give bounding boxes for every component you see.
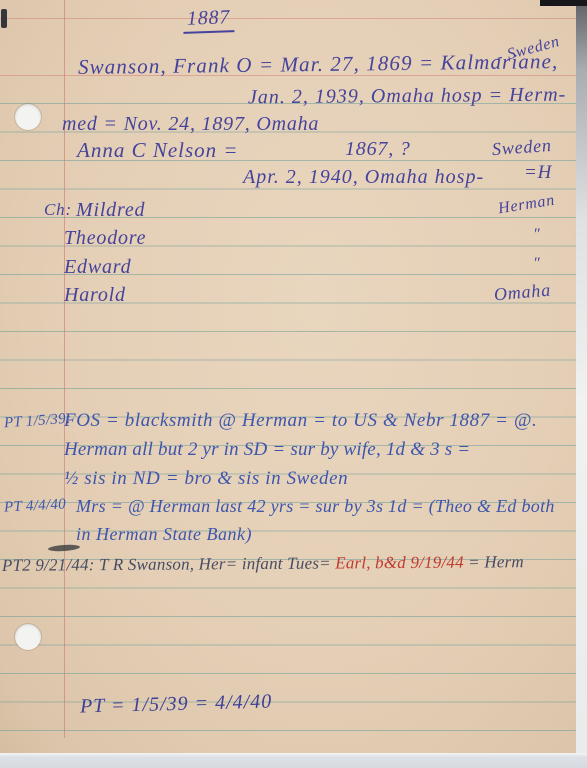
- scanner-edge-top: [540, 0, 587, 6]
- spouse-birth-year: 1867, ?: [345, 138, 411, 160]
- spouse-name: Anna C Nelson =: [77, 139, 239, 162]
- note-text: = Herm: [468, 552, 524, 571]
- marriage-line: med = Nov. 24, 1897, Omaha: [62, 113, 319, 135]
- note-line: Herman all but 2 yr in SD = sur by wife,…: [64, 440, 470, 461]
- note-highlight-red-ink: Earl, b&d 9/19/44: [335, 553, 464, 573]
- note-line: Mrs = @ Herman last 42 yrs = sur by 3s 1…: [76, 497, 555, 517]
- scanner-edge-right: [576, 0, 587, 753]
- child-name: Harold: [64, 284, 126, 306]
- year-heading: 1887: [183, 6, 235, 34]
- note-line-mixed-ink: PT2 9/21/44: T R Swanson, Her= infant Tu…: [2, 553, 524, 575]
- note-ref-date: PT 4/4/40: [4, 496, 67, 516]
- scanned-ledger-page: 1887 Swanson, Frank O = Mar. 27, 1869 = …: [0, 0, 587, 768]
- hole-punch-top: [15, 104, 41, 130]
- child-place-ditto: ″: [533, 255, 540, 273]
- child-name: Edward: [64, 256, 131, 278]
- top-red-rule: [0, 18, 576, 19]
- child-name: Theodore: [64, 227, 146, 249]
- children-label: Ch:: [44, 201, 72, 220]
- child-name: Mildred: [76, 199, 145, 221]
- spouse-death-place-mark: =H: [524, 163, 552, 184]
- note-line: in Herman State Bank): [76, 525, 252, 545]
- note-line: ½ sis in ND = bro & sis in Sweden: [64, 469, 348, 490]
- child-place-ditto: ″: [533, 226, 540, 244]
- note-line: FOS = blacksmith @ Herman = to US & Nebr…: [64, 411, 537, 432]
- note-ref-date: PT2 9/21/44:: [2, 555, 95, 575]
- note-text: T R Swanson, Her= infant Tues=: [99, 554, 331, 575]
- death-line: Jan. 2, 1939, Omaha hosp = Herm-: [248, 84, 566, 109]
- hole-punch-bottom: [15, 624, 41, 650]
- left-margin-line: [64, 0, 65, 738]
- scanner-edge-bottom: [0, 753, 587, 768]
- ruled-paper-sheet: 1887 Swanson, Frank O = Mar. 27, 1869 = …: [0, 0, 576, 753]
- spouse-death-line: Apr. 2, 1940, Omaha hosp-: [243, 166, 484, 188]
- spouse-origin: Sweden: [491, 136, 552, 160]
- scan-artifact-mark: [1, 9, 7, 28]
